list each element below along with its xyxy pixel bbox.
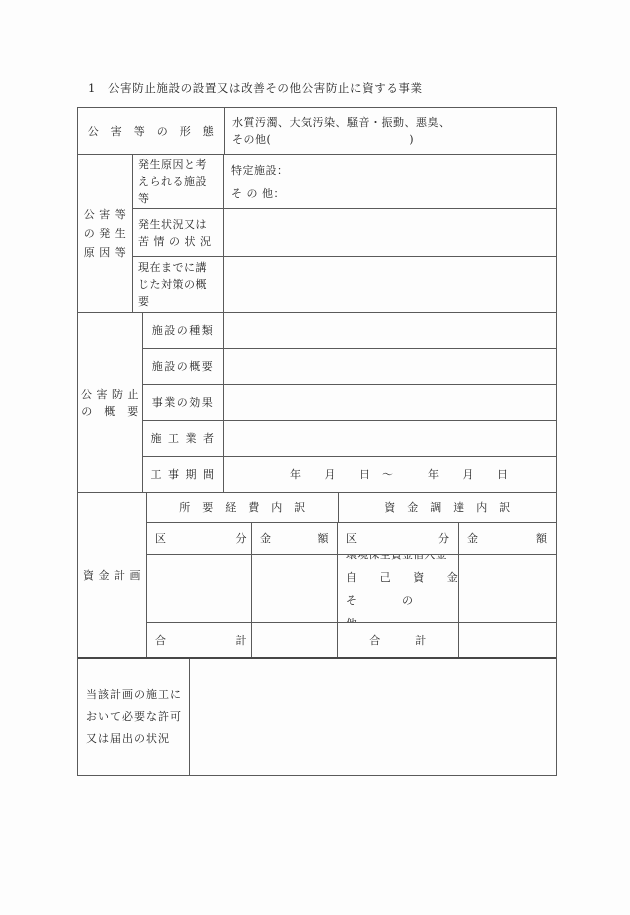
section-permits: 当該計画の施工に おいて必要な許可 又は届出の状況 [78, 657, 556, 775]
expense-total-value [252, 623, 338, 657]
cause-group-label: 公 害 等 の 発 生 原 因 等 [78, 155, 133, 312]
cause-measures-label: 現在までに講 じた対策の概 要 [133, 257, 224, 312]
cause-measures-value [224, 257, 556, 312]
expense-category-value [147, 555, 252, 622]
cause-facility-value: 特定施設： そ の 他： [224, 155, 556, 208]
cause-situation-label: 発生状況又は 苦 情 の 状 況 [133, 209, 224, 256]
cause-facility-row: 発生原因と考 えられる施設 等 特定施設： そ の 他： [133, 155, 556, 209]
expense-total-label: 合 計 [147, 623, 252, 657]
procurement-amount-value [459, 555, 556, 622]
funding-total-row: 合 計 合 計 [147, 623, 556, 657]
pollution-form-label: 公 害 等 の 形 態 [78, 108, 225, 154]
expense-category-header: 区 分 [147, 523, 252, 554]
funding-header-row: 所 要 経 費 内 訳 資 金 調 達 内 訳 [147, 493, 556, 523]
procurement-amount-header: 金 額 [459, 523, 556, 554]
cause-situation-row: 発生状況又は 苦 情 の 状 況 [133, 209, 556, 257]
prevention-group-label: 公 害 防 止 の 概 要 [78, 313, 143, 492]
prevention-facility-outline-row: 施設の概要 [143, 349, 556, 385]
facility-outline-label: 施設の概要 [143, 349, 224, 384]
prevention-effect-row: 事業の効果 [143, 385, 556, 421]
prevention-facility-type-row: 施設の種類 [143, 313, 556, 349]
funding-subheader-row: 区 分 金 額 区 分 金 額 [147, 523, 556, 555]
expense-header: 所 要 経 費 内 訳 [147, 493, 339, 522]
effect-value [224, 385, 556, 420]
period-label: 工 事 期 間 [143, 457, 224, 492]
prevention-contractor-row: 施 工 業 者 [143, 421, 556, 457]
expense-amount-header: 金 額 [252, 523, 338, 554]
section-cause: 公 害 等 の 発 生 原 因 等 発生原因と考 えられる施設 等 特定施設： … [78, 155, 556, 313]
facility-type-label: 施設の種類 [143, 313, 224, 348]
cause-rows: 発生原因と考 えられる施設 等 特定施設： そ の 他： 発生状況又は 苦 情 … [133, 155, 556, 312]
contractor-value [224, 421, 556, 456]
procurement-header: 資 金 調 達 内 訳 [339, 493, 556, 522]
section-funding: 資 金 計 画 所 要 経 費 内 訳 資 金 調 達 内 訳 区 分 金 額 … [78, 493, 556, 657]
procurement-items: 環境保全資金借入金 自 己 資 金 そ の 他 [338, 555, 459, 622]
section-pollution-form: 公 害 等 の 形 態 水質汚濁、大気汚染、騒音・振動、悪臭、 その他( ) [78, 108, 556, 155]
prevention-rows: 施設の種類 施設の概要 事業の効果 施 工 業 者 工 事 期 間 [143, 313, 556, 492]
procurement-total-value [459, 623, 556, 657]
permits-label: 当該計画の施工に おいて必要な許可 又は届出の状況 [78, 659, 190, 775]
prevention-period-row: 工 事 期 間 年 月 日 ～ 年 月 日 [143, 457, 556, 492]
cause-facility-label: 発生原因と考 えられる施設 等 [133, 155, 224, 208]
funding-body-row: 環境保全資金借入金 自 己 資 金 そ の 他 [147, 555, 556, 623]
section-prevention: 公 害 防 止 の 概 要 施設の種類 施設の概要 事業の効果 施 工 業 者 [78, 313, 556, 493]
permits-value [190, 659, 556, 775]
expense-amount-value [252, 555, 338, 622]
funding-group-label: 資 金 計 画 [78, 493, 147, 657]
cause-measures-row: 現在までに講 じた対策の概 要 [133, 257, 556, 312]
facility-outline-value [224, 349, 556, 384]
pollution-form-value: 水質汚濁、大気汚染、騒音・振動、悪臭、 その他( ) [225, 108, 556, 154]
procurement-category-header: 区 分 [338, 523, 459, 554]
procurement-total-label: 合 計 [338, 623, 459, 657]
page-title: 1 公害防止施設の設置又は改善その他公害防止に資する事業 [88, 80, 423, 96]
effect-label: 事業の効果 [143, 385, 224, 420]
funding-rows: 所 要 経 費 内 訳 資 金 調 達 内 訳 区 分 金 額 区 分 金 額 … [147, 493, 556, 657]
period-value: 年 月 日 ～ 年 月 日 [224, 457, 556, 492]
form-table: 公 害 等 の 形 態 水質汚濁、大気汚染、騒音・振動、悪臭、 その他( ) 公… [77, 107, 557, 776]
contractor-label: 施 工 業 者 [143, 421, 224, 456]
document-page: 1 公害防止施設の設置又は改善その他公害防止に資する事業 公 害 等 の 形 態… [0, 0, 630, 915]
facility-type-value [224, 313, 556, 348]
cause-situation-value [224, 209, 556, 256]
